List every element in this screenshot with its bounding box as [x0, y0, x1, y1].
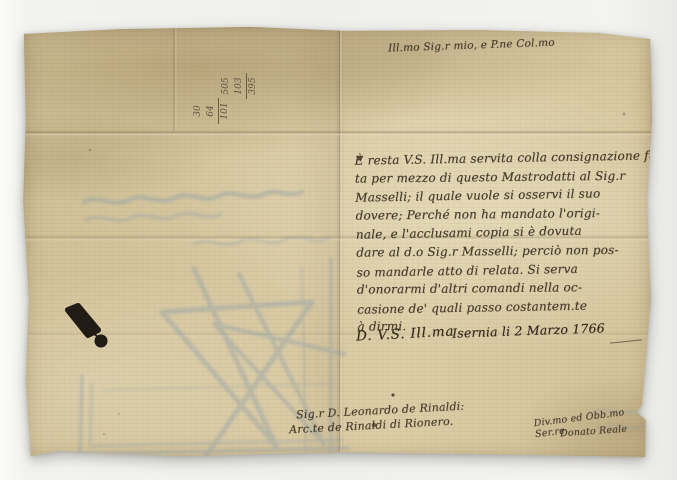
paper-shadow-wrap: Ill.mo Sig.r mio, e P.ne Col.mo È resta …: [0, 0, 677, 480]
center-fold-crease: [336, 27, 344, 460]
docket-arithmetic-b: 30 64 101: [192, 83, 236, 139]
docket-number: 30: [192, 83, 205, 139]
docket-number: 64: [205, 83, 218, 139]
photo-of-letter: Ill.mo Sig.r mio, e P.ne Col.mo È resta …: [0, 0, 677, 480]
top-left-crease: [172, 27, 177, 131]
ink-blot: [68, 306, 107, 347]
docket-sum: 395: [246, 73, 260, 98]
center-fold-shading: [292, 27, 338, 460]
horizontal-crease-top: [22, 130, 652, 136]
letter-body: È resta V.S. Ill.ma servita colla consig…: [354, 146, 659, 337]
letter-salutation: Ill.mo Sig.r mio, e P.ne Col.mo: [388, 36, 588, 55]
docket-sum: 101: [218, 98, 232, 123]
letter-paper: Ill.mo Sig.r mio, e P.ne Col.mo È resta …: [22, 27, 652, 460]
date-underline-flourish: [610, 339, 642, 343]
